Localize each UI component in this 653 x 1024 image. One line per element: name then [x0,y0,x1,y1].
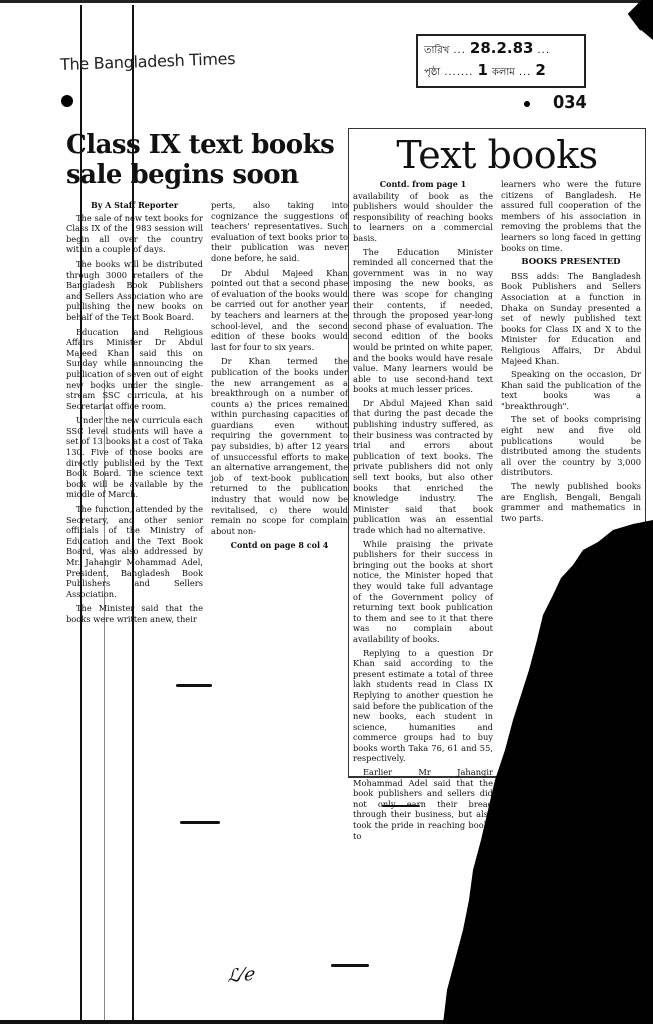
archive-stamp: তারিখ ... 28.2.83 ... পৃষ্ঠা ....... 1 ক… [416,34,586,88]
article1-column-2: perts, also taking into cognizance the s… [211,200,348,629]
pen-mark [382,805,420,807]
article2-paragraph: Dr Abdul Majeed Khan said that during th… [353,398,493,536]
stamp-page-label: পৃষ্ঠা [424,65,440,82]
torn-corner-icon [623,0,653,40]
article1-paragraph: Education and Religious Affairs Minister… [66,327,203,412]
stamp-column-label: কলাম [492,65,515,82]
article2-subhead: BOOKS PRESENTED [501,257,641,268]
article1-paragraph: The function, attended by the Secretary,… [66,504,203,599]
article2-paragraph: Speaking on the occasion, Dr Khan said t… [501,369,641,411]
stamp-dots: ... [537,45,550,56]
article1-paragraph: The sale of new text books for Class IX … [66,213,203,255]
article1-continued-note: Contd on page 8 col 4 [211,540,348,551]
punch-hole-icon [61,95,73,107]
article2-contd-from: Contd. from page 1 [353,179,493,190]
stamp-page-value: 1 [477,61,487,79]
article1-paragraph: Dr Khan termed the publication of the bo… [211,356,348,536]
article2-paragraph: The set of books comprising eight new an… [501,414,641,478]
stamp-dots: ... [519,67,532,78]
article2-paragraph: The newly published books are English, B… [501,481,641,523]
newspaper-masthead: The Bangladesh Times [60,49,236,74]
pen-mark [180,821,220,824]
stamp-date-value: 28.2.83 [470,39,534,57]
article1-paragraph: Dr Abdul Majeed Khan pointed out that a … [211,268,348,353]
stamp-page-row: পৃষ্ঠা ....... 1 কলাম ... 2 [424,61,578,83]
article2-paragraph: availability of book as the publishers w… [353,191,493,244]
article2-paragraph: The Education Minister reminded all conc… [353,247,493,395]
article2-paragraph: BSS adds: The Bangladesh Book Publishers… [501,271,641,366]
article2-headline: Text books [353,133,641,177]
article1-paragraph: Under the new curricula each SSC level s… [66,415,203,500]
handwritten-initials: ℒ⁄ℯ [226,964,254,987]
article1-paragraph: perts, also taking into cognizance the s… [211,200,348,264]
article1-byline: By A Staff Reporter [66,200,203,211]
article1-paragraph: The Minister said that the books were wr… [66,603,203,624]
ink-dot-icon [524,101,530,107]
article-class-ix-text-books: Class IX text books sale begins soon By … [66,130,348,629]
page-top-edge [0,0,653,3]
torn-page-shadow [433,520,653,1024]
article1-column-1: By A Staff Reporter The sale of new text… [66,200,203,629]
pen-mark [331,964,369,967]
pen-mark [176,684,212,687]
article1-columns: By A Staff Reporter The sale of new text… [66,200,348,629]
stamp-date-label: তারিখ [424,43,449,60]
article1-paragraph: The books will be distributed through 30… [66,259,203,323]
stamp-dots: ... [453,45,466,56]
stamp-column-value: 2 [535,61,545,79]
archive-page-number: 034 [553,92,587,113]
stamp-date-row: তারিখ ... 28.2.83 ... [424,39,578,61]
stamp-dots: ....... [444,67,473,78]
article2-paragraph: learners who were the future citizens of… [501,179,641,253]
article1-headline: Class IX text books sale begins soon [66,130,348,190]
